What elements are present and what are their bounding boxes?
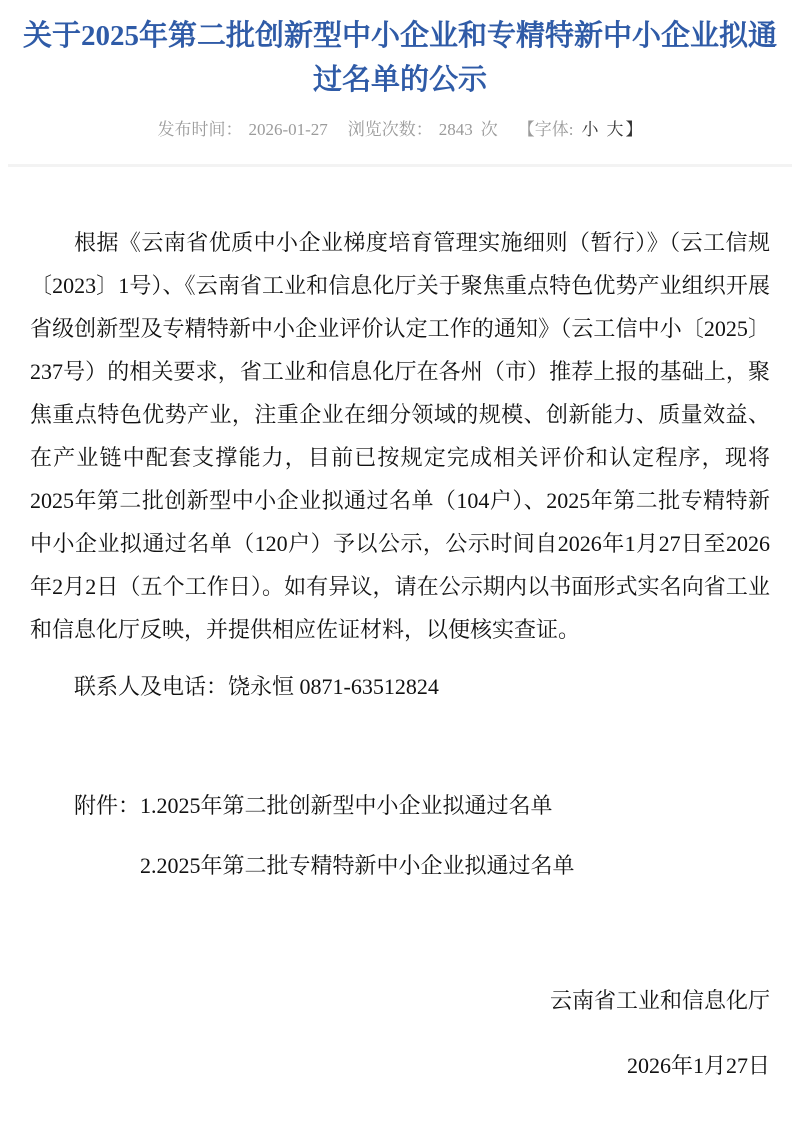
views-unit: 次 <box>481 120 498 139</box>
announcement-page: 关于2025年第二批创新型中小企业和专精特新中小企业拟通过名单的公示 发布时间：… <box>0 0 800 1144</box>
page-title: 关于2025年第二批创新型中小企业和专精特新中小企业拟通过名单的公示 <box>0 0 800 102</box>
views-label: 浏览次数： <box>348 120 433 139</box>
announcement-paragraph: 根据《云南省优质中小企业梯度培育管理实施细则（暂行）》（云工信规〔2023〕1号… <box>30 221 770 651</box>
attachments-label: 附件： <box>74 793 140 818</box>
font-size-bracket-close: 】 <box>626 120 643 139</box>
divider <box>8 164 792 167</box>
article-body: 根据《云南省优质中小企业梯度培育管理实施细则（暂行）》（云工信规〔2023〕1号… <box>0 221 800 1087</box>
font-smaller-button[interactable]: 小 <box>582 120 599 139</box>
attachments-row-1: 附件：1.2025年第二批创新型中小企业拟通过名单 <box>30 784 770 827</box>
issuer-signature: 云南省工业和信息化厅 <box>30 979 770 1022</box>
contact-line: 联系人及电话：饶永恒 0871-63512824 <box>30 665 770 708</box>
publish-time-label: 发布时间： <box>157 120 242 139</box>
attachment-link-1[interactable]: 1.2025年第二批创新型中小企业拟通过名单 <box>140 793 553 818</box>
attachment-link-2[interactable]: 2.2025年第二批专精特新中小企业拟通过名单 <box>140 853 575 878</box>
issue-date: 2026年1月27日 <box>30 1044 770 1087</box>
font-larger-button[interactable]: 大 <box>607 120 624 139</box>
views-count: 2843 <box>439 120 473 139</box>
font-size-label: 【字体: <box>518 120 574 139</box>
meta-bar: 发布时间：2026-01-27浏览次数：2843次【字体:小大】 <box>0 118 800 142</box>
publish-time-value: 2026-01-27 <box>248 120 327 139</box>
attachments-row-2: 2.2025年第二批专精特新中小企业拟通过名单 <box>30 844 770 887</box>
